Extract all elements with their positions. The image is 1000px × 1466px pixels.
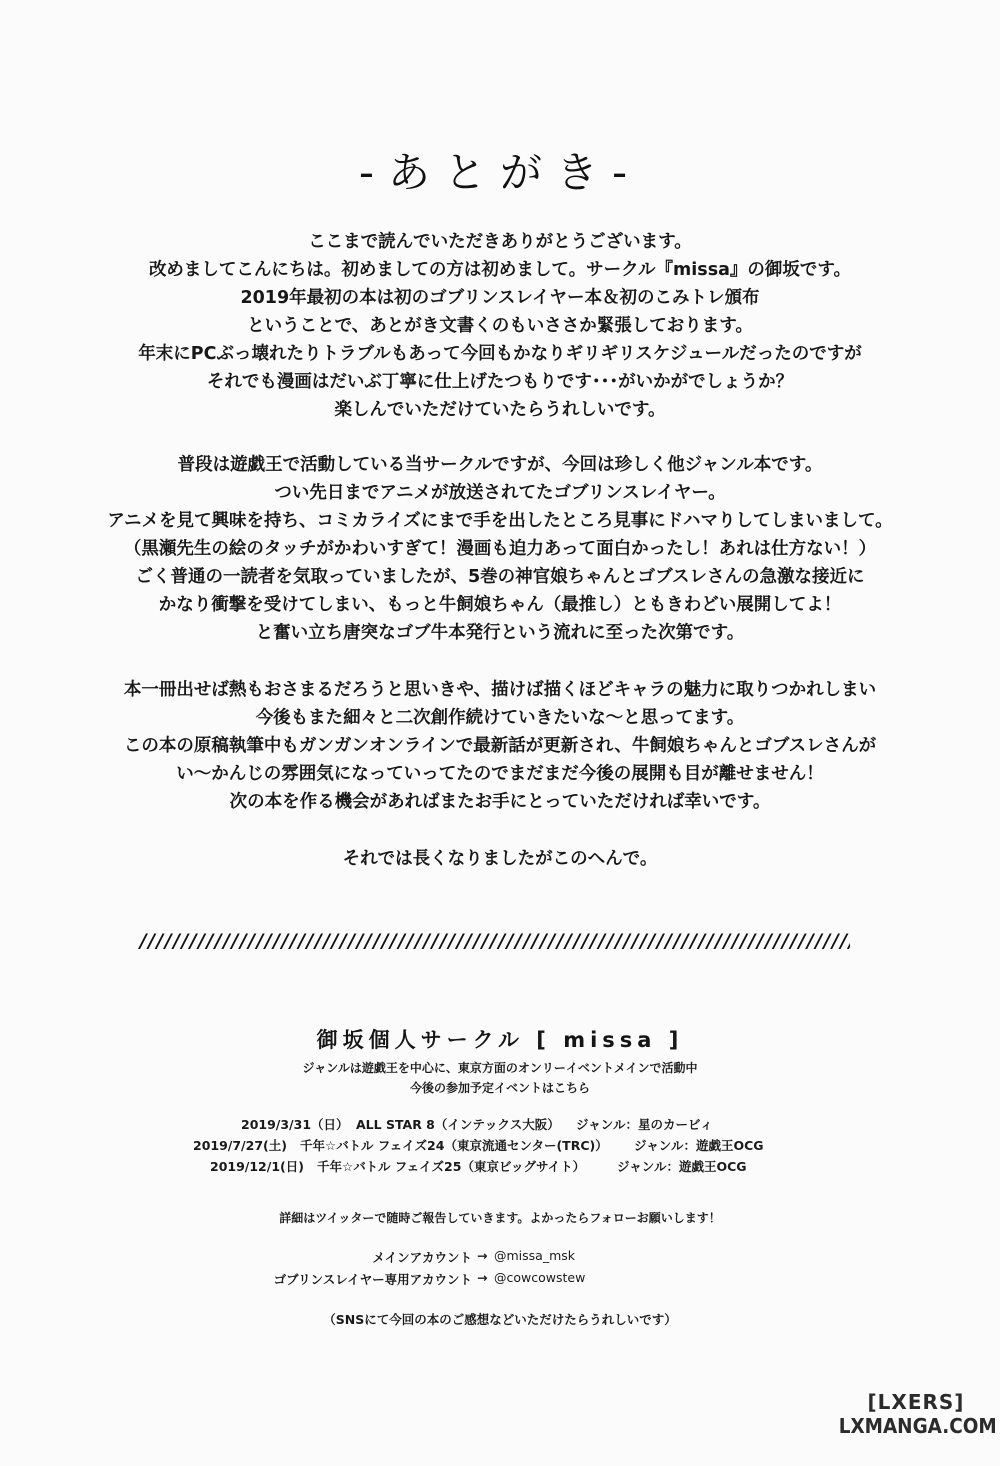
circle-title: 御坂個人サークル [ missa ] <box>0 1024 1000 1054</box>
text-line: かなり衝撃を受けてしまい、もっと牛飼娘ちゃん（最推し）ともきわどい展開してよ！ <box>0 591 1000 619</box>
account-list: メインアカウント → @missa_msk ゴブリンスレイヤー専用アカウント →… <box>0 1248 1000 1292</box>
afterword-page: -あとがき- ここまで読んでいただきありがとうございます。 改めましてこんにちは… <box>0 0 1000 1466</box>
watermark-logo: [LXERS] LXMANGA.COM <box>832 1392 1000 1436</box>
account-row: ゴブリンスレイヤー専用アカウント → @cowcowstew <box>0 1270 1000 1292</box>
text-line: 普段は遊戯王で活動している当サークルですが、今回は珍しく他ジャンル本です。 <box>0 451 1000 479</box>
circle-description: ジャンルは遊戯王を中心に、東京方面のオンリーイベントメインで活動中 今後の参加予… <box>0 1058 1000 1098</box>
text-line: （黒瀬先生の絵のタッチがかわいすぎて！漫画も迫力あって面白かったし！あれは仕方な… <box>0 535 1000 563</box>
account-label: メインアカウント <box>372 1248 472 1266</box>
event-genre: ジャンル：星のカービィ <box>576 1115 713 1133</box>
text-line: つい先日までアニメが放送されてたゴブリンスレイヤー。 <box>0 479 1000 507</box>
account-handle: @missa_msk <box>494 1248 575 1263</box>
event-genre: ジャンル：遊戯王OCG <box>634 1136 764 1154</box>
event-row: 2019/12/1(日) 千年☆バトル フェイズ25（東京ビッグサイト） ジャン… <box>0 1157 1000 1178</box>
text-line: い～かんじの雰囲気になっていってたのでまだまだ今後の展開も目が離せません！ <box>0 760 1000 788</box>
text-line: 年末にPCぶっ壊れたりトラブルもあって今回もかなりギリギリスケジュールだったので… <box>0 340 1000 368</box>
text-line: 次の本を作る機会があればまたお手にとっていただければ幸いです。 <box>0 788 1000 816</box>
text-line: 改めましてこんにちは。初めましての方は初めまして。サークル『missa』の御坂で… <box>0 256 1000 284</box>
text-line: 2019年最初の本は初のゴブリンスレイヤー本＆初のこみトレ頒布 <box>0 284 1000 312</box>
text-line: 楽しんでいただけていたらうれしいです。 <box>0 396 1000 424</box>
arrow-right-icon: → <box>477 1270 487 1285</box>
description-line: 今後の参加予定イベントはこちら <box>0 1078 1000 1098</box>
event-date: 2019/12/1(日) <box>210 1157 304 1175</box>
event-date: 2019/7/27(土) <box>193 1136 287 1154</box>
text-line: それでは長くなりましたがこのへんで。 <box>0 845 1000 873</box>
description-line: ジャンルは遊戯王を中心に、東京方面のオンリーイベントメインで活動中 <box>0 1058 1000 1078</box>
account-label: ゴブリンスレイヤー専用アカウント <box>274 1270 472 1288</box>
sns-note: （SNSにて今回の本のご感想などいただけたらうれしいです） <box>0 1310 1000 1328</box>
text-line: ということで、あとがき文書くのもいささか緊張しております。 <box>0 312 1000 340</box>
paragraph-2: 普段は遊戯王で活動している当サークルですが、今回は珍しく他ジャンル本です。 つい… <box>0 451 1000 647</box>
paragraph-1: ここまで読んでいただきありがとうございます。 改めましてこんにちは。初めましての… <box>0 228 1000 424</box>
account-row: メインアカウント → @missa_msk <box>0 1248 1000 1270</box>
follow-text: 詳細はツイッターで随時ご報告していきます。よかったらフォローお願いします！ <box>0 1208 1000 1228</box>
text-line: ここまで読んでいただきありがとうございます。 <box>0 228 1000 256</box>
text-line: この本の原稿執筆中もガンガンオンラインで最新話が更新され、牛飼娘ちゃんとゴブスレ… <box>0 732 1000 760</box>
text-line: ごく普通の一読者を気取っていましたが、5巻の神官娘ちゃんとゴブスレさんの急激な接… <box>0 563 1000 591</box>
event-name: 千年☆バトル フェイズ25（東京ビッグサイト） <box>317 1157 585 1175</box>
watermark-line-2: LXMANGA.COM <box>839 1416 994 1436</box>
event-row: 2019/3/31（日） ALL STAR 8（インテックス大阪） ジャンル：星… <box>0 1115 1000 1136</box>
text-line: と奮い立ち唐突なゴブ牛本発行という流れに至った次第です。 <box>0 619 1000 647</box>
event-genre: ジャンル：遊戯王OCG <box>617 1157 747 1175</box>
closing-paragraph: それでは長くなりましたがこのへんで。 <box>0 845 1000 873</box>
arrow-right-icon: → <box>477 1248 487 1263</box>
watermark-line-1: [LXERS] <box>832 1392 1000 1412</box>
event-name: ALL STAR 8（インテックス大阪） <box>356 1115 560 1133</box>
text-line: アニメを見て興味を持ち、コミカライズにまで手を出したところ見事にドハマりしてしま… <box>0 507 1000 535</box>
event-row: 2019/7/27(土) 千年☆バトル フェイズ24（東京流通センター(TRC)… <box>0 1136 1000 1157</box>
account-handle: @cowcowstew <box>494 1270 585 1285</box>
event-date: 2019/3/31（日） <box>241 1115 349 1133</box>
afterword-title: -あとがき- <box>0 140 1000 200</box>
text-line: それでも漫画はだいぶ丁寧に仕上げたつもりです･･･がいかがでしょうか？ <box>0 368 1000 396</box>
text-line: 本一冊出せば熱もおさまるだろうと思いきや、描けば描くほどキャラの魅力に取りつかれ… <box>0 676 1000 704</box>
paragraph-3: 本一冊出せば熱もおさまるだろうと思いきや、描けば描くほどキャラの魅力に取りつかれ… <box>0 676 1000 816</box>
event-schedule: 2019/3/31（日） ALL STAR 8（インテックス大阪） ジャンル：星… <box>0 1115 1000 1178</box>
event-name: 千年☆バトル フェイズ24（東京流通センター(TRC)） <box>300 1136 608 1154</box>
slash-divider: ////////////////////////////////////////… <box>138 930 850 952</box>
text-line: 今後もまた細々と二次創作続けていきたいな～と思ってます。 <box>0 704 1000 732</box>
